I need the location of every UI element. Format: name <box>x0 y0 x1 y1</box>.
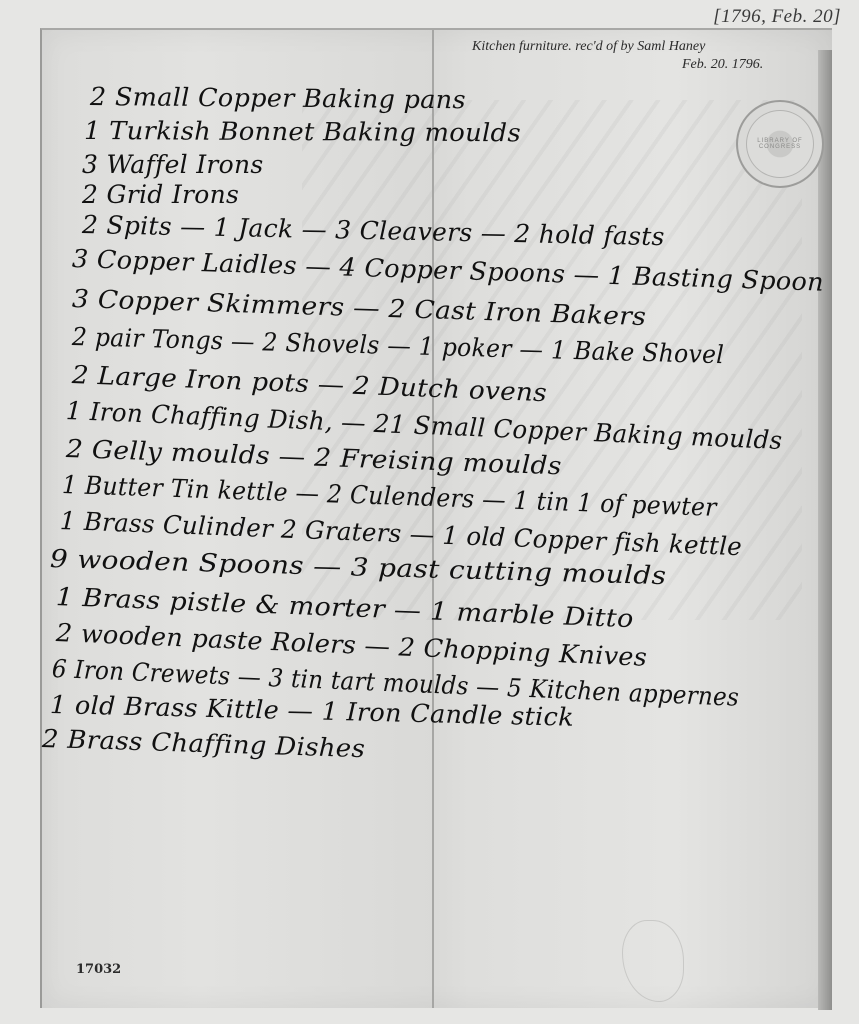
inventory-line: 2 Spits — 1 Jack — 3 Cleavers — 2 hold f… <box>82 210 665 251</box>
inventory-line: 1 Turkish Bonnet Baking moulds <box>84 116 521 147</box>
manuscript-page: Kitchen furniture. rec'd of by Saml Hane… <box>40 28 832 1008</box>
inventory-line: 2 Brass Chaffing Dishes <box>42 724 366 763</box>
inventory-list: 2 Small Copper Baking pans 1 Turkish Bon… <box>42 30 832 1008</box>
archive-date-label: [1796, Feb. 20] <box>713 6 841 28</box>
page-number: 17032 <box>76 962 121 977</box>
inventory-line: 2 Grid Irons <box>82 180 239 209</box>
inventory-line: 2 Small Copper Baking pans <box>90 82 466 114</box>
inventory-line: 3 Waffel Irons <box>82 150 264 179</box>
